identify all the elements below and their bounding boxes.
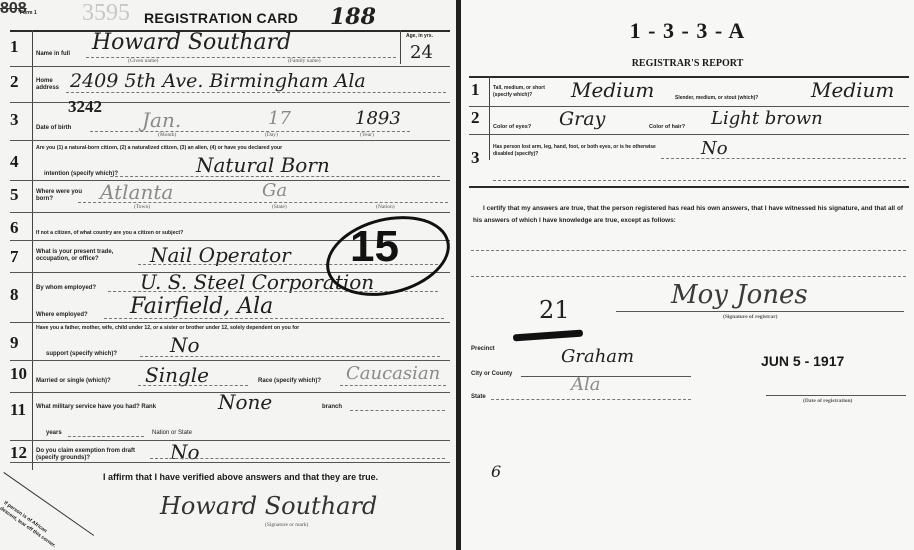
certification-text: I certify that my answers are true, that… xyxy=(473,203,903,227)
row-number: 3 xyxy=(10,110,19,130)
intention-label: intention (specify which)? xyxy=(44,171,118,178)
hair-color-label: Color of hair? xyxy=(649,124,685,131)
row-number: 2 xyxy=(471,108,480,128)
affirmation-text: I affirm that I have verified above answ… xyxy=(103,472,378,482)
dependents-label: Have you a father, mother, wife, child u… xyxy=(36,325,299,332)
city-value: Graham xyxy=(561,346,634,367)
work-location-value: Fairfield, Ala xyxy=(130,294,273,319)
row-number: 4 xyxy=(10,152,19,172)
city-label: City or County xyxy=(471,371,512,378)
town-sublabel: (Town) xyxy=(134,204,150,210)
exemption-label: Do you claim exemption from draft (speci… xyxy=(36,448,146,462)
age-box-rule xyxy=(400,30,401,64)
race-value: Caucasian xyxy=(346,363,440,384)
eye-color-label: Color of eyes? xyxy=(493,124,531,131)
row-number: 5 xyxy=(10,185,19,205)
row-number: 2 xyxy=(10,72,19,92)
disability-label: Has person lost arm, leg, hand, foot, or… xyxy=(493,144,663,158)
birth-day: 17 xyxy=(268,108,291,129)
build-value: Medium xyxy=(811,78,894,102)
registration-date: JUN 5 - 1917 xyxy=(761,353,844,369)
birth-date-label: Date of birth xyxy=(36,125,71,132)
address-label: Home address xyxy=(36,78,66,92)
precinct-scribble xyxy=(513,330,583,342)
row-number: 3 xyxy=(471,148,480,168)
margin-code: 3242 xyxy=(68,97,102,117)
height-value: Medium xyxy=(571,78,654,102)
disability-value: No xyxy=(701,138,728,159)
margin-mark: 6 xyxy=(491,462,501,481)
birth-month: Jan. xyxy=(142,108,181,132)
date-label: (Date of registration) xyxy=(803,398,852,404)
precinct-label: Precinct xyxy=(471,346,495,353)
stamp-number: 15 xyxy=(350,222,399,272)
name-value: Howard Southard xyxy=(92,30,291,55)
height-label: Tall, medium, or short (specify which)? xyxy=(493,85,563,99)
dependents-value: No xyxy=(170,333,200,357)
occupation-label: What is your present trade, occupation, … xyxy=(36,249,136,263)
row-number-column-rule xyxy=(32,30,33,470)
row-number: 1 xyxy=(10,37,19,57)
given-name-sublabel: (Given name) xyxy=(128,58,158,64)
employer-label: By whom employed? xyxy=(36,285,96,292)
row-number: 8 xyxy=(10,285,19,305)
nation-sublabel: (Nation) xyxy=(376,204,395,210)
tear-off-line xyxy=(3,472,94,536)
year-sublabel: (Year) xyxy=(360,132,374,138)
registrant-signature: Howard Southard xyxy=(160,492,377,520)
age-label: Age, in yrs. xyxy=(406,33,433,40)
citizenship-label: Are you (1) a natural-born citizen, (2) … xyxy=(36,145,282,152)
row-number: 12 xyxy=(10,443,27,463)
registration-card: Form 1 3595 REGISTRATION CARD 188 808 1 … xyxy=(0,0,458,550)
race-label: Race (specify which)? xyxy=(258,378,321,385)
military-service-label: What military service have you had? Rank xyxy=(36,404,156,411)
day-sublabel: (Day) xyxy=(265,132,278,138)
build-label: Slender, medium, or stout (which)? xyxy=(675,95,758,102)
support-label: support (specify which)? xyxy=(46,351,117,358)
row-number: 9 xyxy=(10,333,19,353)
state-label: State xyxy=(471,394,486,401)
row-number: 1 xyxy=(471,80,480,100)
registrar-signature-label: (Signature of registrar) xyxy=(723,314,777,320)
report-title: REGISTRAR'S REPORT xyxy=(461,58,914,69)
birth-state: Ga xyxy=(262,180,287,201)
exemption-value: No xyxy=(170,440,200,464)
registrars-report: 1 - 3 - 3 - A REGISTRAR'S REPORT 1 Tall,… xyxy=(461,0,914,550)
row-number: 7 xyxy=(10,247,19,267)
birth-year: 1893 xyxy=(355,108,401,129)
address-value: 2409 5th Ave. Birmingham Ala xyxy=(70,70,366,92)
citizenship-value: Natural Born xyxy=(196,153,330,177)
marital-status-value: Single xyxy=(145,363,209,387)
state-value: Ala xyxy=(571,374,601,395)
form-label: Form 1 xyxy=(20,10,37,16)
birth-town: Atlanta xyxy=(100,180,173,204)
registrar-signature: Moy Jones xyxy=(671,280,808,310)
eye-color-value: Gray xyxy=(559,108,605,130)
work-location-label: Where employed? xyxy=(36,312,88,319)
military-rank-value: None xyxy=(218,390,272,414)
month-sublabel: (Month) xyxy=(158,132,176,138)
card-title: REGISTRATION CARD xyxy=(144,10,298,26)
birthplace-label: Where were you born? xyxy=(36,189,84,203)
state-sublabel: (State) xyxy=(272,204,287,210)
age-value: 24 xyxy=(410,42,433,63)
card-code: 1 - 3 - 3 - A xyxy=(461,18,914,44)
handwritten-card-number: 188 xyxy=(330,4,376,30)
nation-state-label: Nation or State xyxy=(152,430,192,437)
branch-label: branch xyxy=(322,404,342,411)
row-number: 6 xyxy=(10,218,19,238)
family-name-sublabel: (Family name) xyxy=(288,58,321,64)
row-number: 10 xyxy=(10,364,27,384)
years-label: years xyxy=(46,430,62,437)
marital-status-label: Married or single (which)? xyxy=(36,378,111,385)
hair-color-value: Light brown xyxy=(711,108,823,129)
row-number: 11 xyxy=(10,400,26,420)
serial-number: 3595 xyxy=(82,0,130,27)
precinct-number: 21 xyxy=(539,296,570,324)
foreign-citizenship-label: If not a citizen, of what country are yo… xyxy=(36,230,183,237)
signature-label: (Signature or mark) xyxy=(265,522,308,528)
name-label: Name in full xyxy=(36,51,70,58)
